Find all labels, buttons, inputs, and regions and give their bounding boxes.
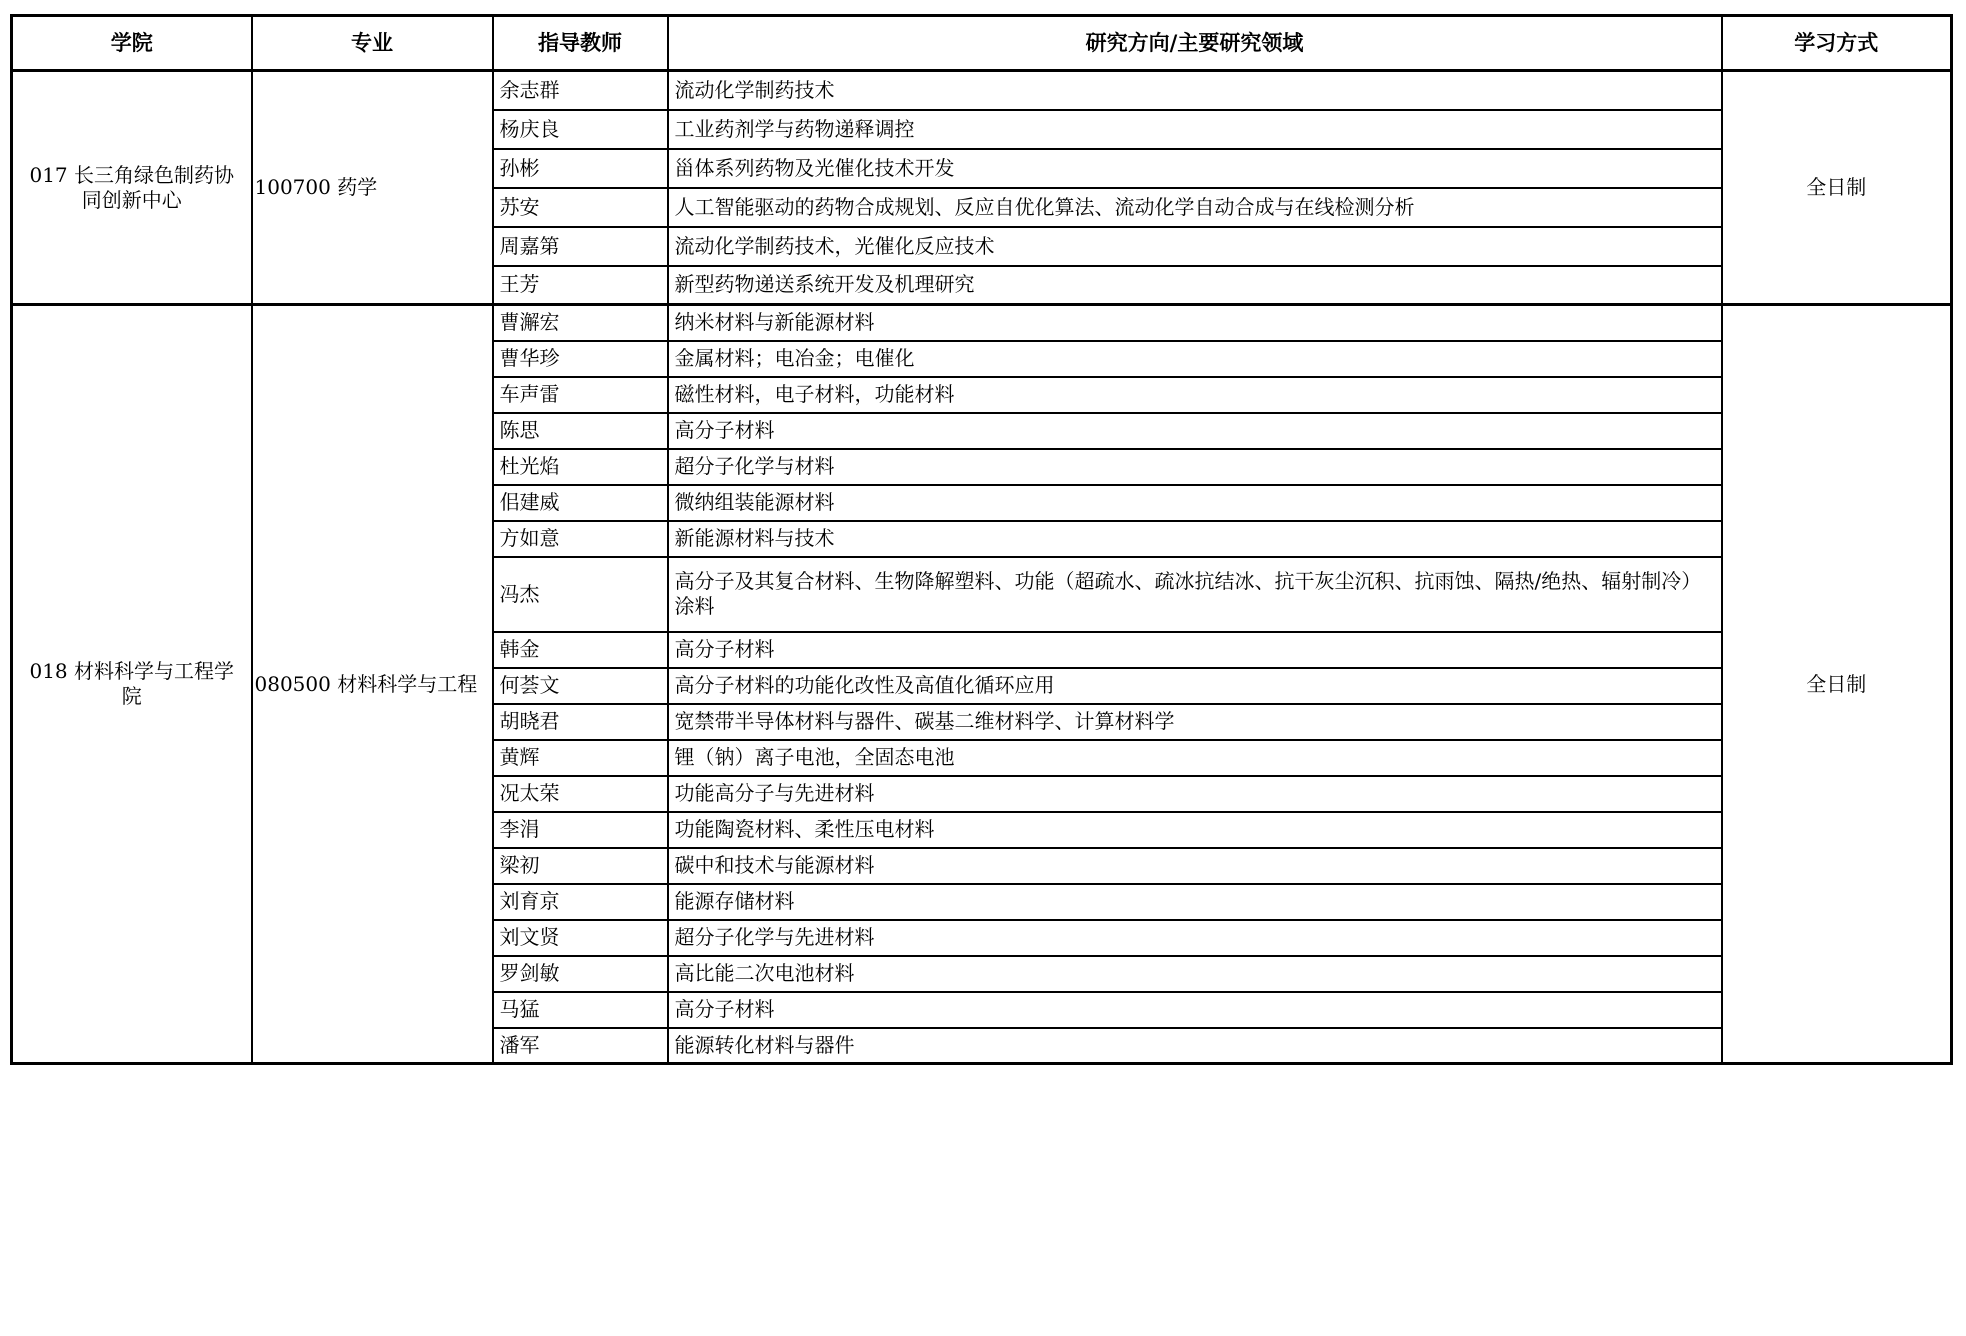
research-area-cell: 功能高分子与先进材料 [668, 776, 1722, 812]
teacher-name-cell: 杜光焰 [493, 449, 668, 485]
research-area-cell: 流动化学制药技术，光催化反应技术 [668, 227, 1722, 266]
major-cell: 080500 材料科学与工程 [252, 305, 493, 1064]
teacher-name-cell: 冯杰 [493, 557, 668, 632]
research-area-cell: 宽禁带半导体材料与器件、碳基二维材料学、计算材料学 [668, 704, 1722, 740]
college-cell: 017 长三角绿色制药协同创新中心 [12, 71, 252, 305]
research-area-cell: 超分子化学与先进材料 [668, 920, 1722, 956]
study-mode-cell: 全日制 [1722, 305, 1952, 1064]
column-header-major: 专业 [252, 16, 493, 71]
teacher-name-cell: 车声雷 [493, 377, 668, 413]
teacher-name-cell: 苏安 [493, 188, 668, 227]
teacher-name-cell: 何荟文 [493, 668, 668, 704]
research-area-cell: 甾体系列药物及光催化技术开发 [668, 149, 1722, 188]
teacher-name-cell: 梁初 [493, 848, 668, 884]
teacher-name-cell: 佀建威 [493, 485, 668, 521]
teacher-name-cell: 胡晓君 [493, 704, 668, 740]
research-area-cell: 超分子化学与材料 [668, 449, 1722, 485]
research-area-cell: 能源转化材料与器件 [668, 1028, 1722, 1064]
research-area-cell: 碳中和技术与能源材料 [668, 848, 1722, 884]
research-area-cell: 功能陶瓷材料、柔性压电材料 [668, 812, 1722, 848]
research-area-cell: 高分子材料 [668, 992, 1722, 1028]
teacher-name-cell: 韩金 [493, 632, 668, 668]
research-area-cell: 新型药物递送系统开发及机理研究 [668, 266, 1722, 305]
research-area-cell: 新能源材料与技术 [668, 521, 1722, 557]
research-area-cell: 高分子材料 [668, 413, 1722, 449]
teacher-name-cell: 曹华珍 [493, 341, 668, 377]
teacher-name-cell: 余志群 [493, 71, 668, 110]
teacher-name-cell: 刘育京 [493, 884, 668, 920]
column-header-college: 学院 [12, 16, 252, 71]
teacher-name-cell: 刘文贤 [493, 920, 668, 956]
teacher-name-cell: 杨庆良 [493, 110, 668, 149]
teacher-name-cell: 李涓 [493, 812, 668, 848]
research-area-cell: 锂（钠）离子电池，全固态电池 [668, 740, 1722, 776]
column-header-research: 研究方向/主要研究领域 [668, 16, 1722, 71]
research-area-cell: 纳米材料与新能源材料 [668, 305, 1722, 341]
major-cell: 100700 药学 [252, 71, 493, 305]
column-header-teacher: 指导教师 [493, 16, 668, 71]
table-row: 018 材料科学与工程学院 080500 材料科学与工程 曹澥宏 纳米材料与新能… [12, 305, 1952, 341]
research-area-cell: 磁性材料，电子材料，功能材料 [668, 377, 1722, 413]
research-area-cell: 高分子材料的功能化改性及高值化循环应用 [668, 668, 1722, 704]
teacher-name-cell: 陈思 [493, 413, 668, 449]
teacher-name-cell: 况太荣 [493, 776, 668, 812]
research-area-cell: 微纳组装能源材料 [668, 485, 1722, 521]
teacher-name-cell: 罗剑敏 [493, 956, 668, 992]
research-area-cell: 流动化学制药技术 [668, 71, 1722, 110]
research-area-cell: 高分子材料 [668, 632, 1722, 668]
supervisor-roster-table: 学院 专业 指导教师 研究方向/主要研究领域 学习方式 017 长三角绿色制药协… [10, 14, 1953, 1065]
research-area-cell: 工业药剂学与药物递释调控 [668, 110, 1722, 149]
research-area-cell: 高分子及其复合材料、生物降解塑料、功能（超疏水、疏冰抗结冰、抗干灰尘沉积、抗雨蚀… [668, 557, 1722, 632]
teacher-name-cell: 马猛 [493, 992, 668, 1028]
teacher-name-cell: 周嘉第 [493, 227, 668, 266]
research-area-cell: 能源存储材料 [668, 884, 1722, 920]
research-area-cell: 金属材料；电冶金；电催化 [668, 341, 1722, 377]
research-area-cell: 人工智能驱动的药物合成规划、反应自优化算法、流动化学自动合成与在线检测分析 [668, 188, 1722, 227]
column-header-study-mode: 学习方式 [1722, 16, 1952, 71]
teacher-name-cell: 潘军 [493, 1028, 668, 1064]
teacher-name-cell: 孙彬 [493, 149, 668, 188]
teacher-name-cell: 王芳 [493, 266, 668, 305]
table-row: 017 长三角绿色制药协同创新中心 100700 药学 余志群 流动化学制药技术… [12, 71, 1952, 110]
header-row: 学院 专业 指导教师 研究方向/主要研究领域 学习方式 [12, 16, 1952, 71]
college-cell: 018 材料科学与工程学院 [12, 305, 252, 1064]
research-area-cell: 高比能二次电池材料 [668, 956, 1722, 992]
teacher-name-cell: 方如意 [493, 521, 668, 557]
teacher-name-cell: 黄辉 [493, 740, 668, 776]
teacher-name-cell: 曹澥宏 [493, 305, 668, 341]
study-mode-cell: 全日制 [1722, 71, 1952, 305]
